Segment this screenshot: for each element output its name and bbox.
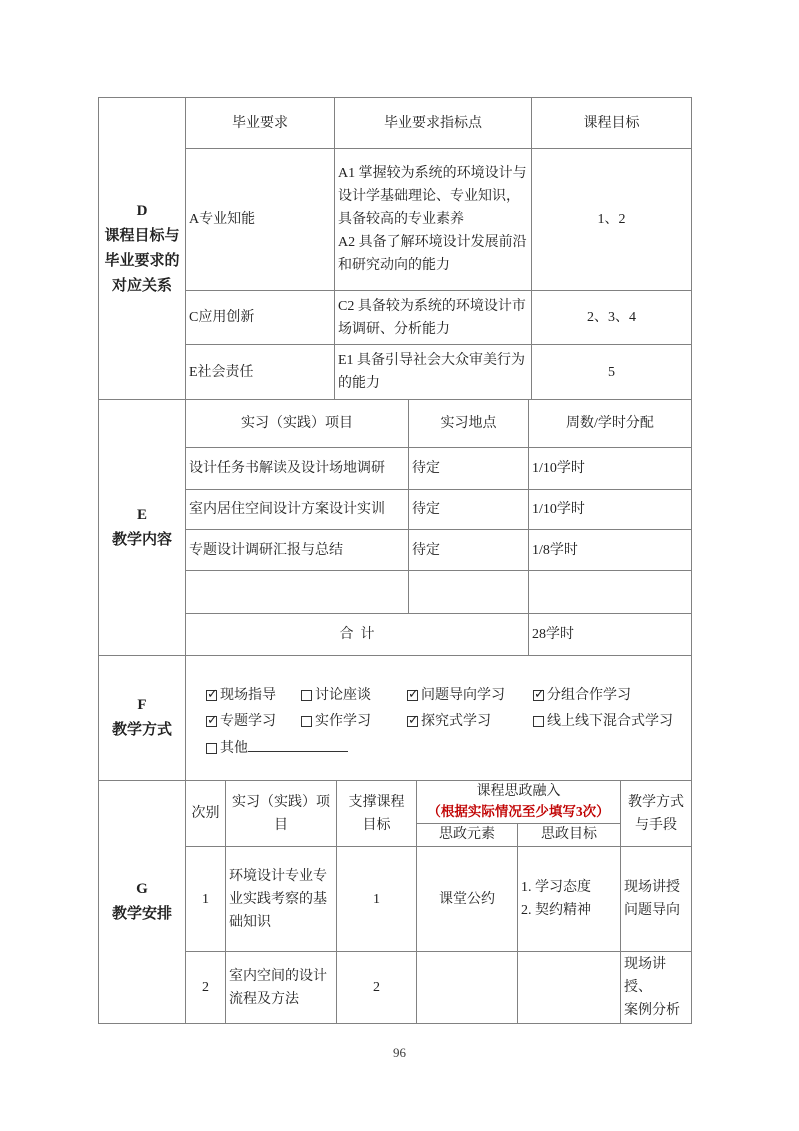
ideology-title: 课程思政融入: [417, 782, 620, 802]
header-course-objective: 课程目标: [532, 98, 692, 149]
checkbox-icon: [407, 716, 418, 727]
table-row: 1 环境设计专业专业实践考察的基础知识 1 课堂公约 1. 学习态度 2. 契约…: [99, 847, 692, 952]
ideology-element-cell: 课堂公约: [417, 847, 518, 952]
session-number-cell: 1: [186, 847, 226, 952]
location-cell: 待定: [409, 448, 529, 490]
objective-cell: 1、2: [532, 149, 692, 291]
project-cell: 环境设计专业专业实践考察的基础知识: [226, 847, 337, 952]
table-row: 专题设计调研汇报与总结 待定 1/8学时: [99, 530, 692, 571]
checkbox-icon: [206, 743, 217, 754]
requirement-cell: E社会责任: [186, 345, 335, 400]
hours-cell: 1/8学时: [529, 530, 692, 571]
header-supported-objective: 支撑课程 目标: [337, 781, 417, 847]
location-cell: 待定: [409, 490, 529, 530]
table-row: 设计任务书解读及设计场地调研 待定 1/10学时: [99, 448, 692, 490]
table-row: 室内居住空间设计方案设计实训 待定 1/10学时: [99, 490, 692, 530]
header-practice-project: 实习（实践）项目: [186, 400, 409, 448]
option-label: 分组合作学习: [547, 688, 631, 703]
section-d-table: D 课程目标与 毕业要求的 对应关系 毕业要求 毕业要求指标点 课程目标 A专业…: [98, 97, 692, 400]
checkbox-icon: [407, 690, 418, 701]
course-syllabus-document: D 课程目标与 毕业要求的 对应关系 毕业要求 毕业要求指标点 课程目标 A专业…: [98, 97, 691, 1024]
checkbox-icon: [206, 690, 217, 701]
requirement-cell: A专业知能: [186, 149, 335, 291]
project-cell: 专题设计调研汇报与总结: [186, 530, 409, 571]
options-grid: 现场指导 讨论座谈 问题导向学习 分组合作学习 专题学习 实作学习 探究式学习 …: [206, 685, 688, 733]
method-option: 专题学习: [206, 711, 301, 733]
location-cell: 待定: [409, 530, 529, 571]
session-number-cell: 2: [186, 952, 226, 1024]
header-teaching-method: 教学方式 与手段: [621, 781, 692, 847]
checkbox-icon: [206, 716, 217, 727]
table-row: 2 室内空间的设计流程及方法 2 现场讲授、 案例分析: [99, 952, 692, 1024]
checkbox-icon: [301, 690, 312, 701]
section-g-header-row: G 教学安排 次别 实习（实践）项目 支撑课程 目标 课程思政融入 （根据实际情…: [99, 781, 692, 824]
method-option: 问题导向学习: [407, 685, 533, 707]
option-label: 实作学习: [315, 714, 371, 729]
objective-cell: 2: [337, 952, 417, 1024]
method-cell: 现场讲授、 案例分析: [621, 952, 692, 1024]
header-practice-location: 实习地点: [409, 400, 529, 448]
blank-underline: [248, 737, 348, 752]
section-e-table: E 教学内容 实习（实践）项目 实习地点 周数/学时分配 设计任务书解读及设计场…: [98, 399, 692, 656]
hours-cell: 1/10学时: [529, 490, 692, 530]
option-label: 探究式学习: [421, 714, 491, 729]
objective-cell: 5: [532, 345, 692, 400]
method-option-other: 其他: [206, 741, 248, 756]
teaching-methods-options: 现场指导 讨论座谈 问题导向学习 分组合作学习 专题学习 实作学习 探究式学习 …: [189, 657, 688, 760]
section-e-header-row: E 教学内容 实习（实践）项目 实习地点 周数/学时分配: [99, 400, 692, 448]
section-f-row: F 教学方式 现场指导 讨论座谈 问题导向学习 分组合作学习 专题学习 实作学习…: [99, 656, 692, 781]
section-e-label: E 教学内容: [99, 400, 186, 656]
section-d-header-row: D 课程目标与 毕业要求的 对应关系 毕业要求 毕业要求指标点 课程目标: [99, 98, 692, 149]
indicator-cell: A1 掌握较为系统的环境设计与设计学基础理论、专业知识，具备较高的专业素养 A2…: [335, 149, 532, 291]
method-option: 现场指导: [206, 685, 301, 707]
ideology-goal-cell: 1. 学习态度 2. 契约精神: [518, 847, 621, 952]
option-label: 问题导向学习: [421, 688, 505, 703]
ideology-goal-cell: [518, 952, 621, 1024]
option-label: 现场指导: [220, 688, 276, 703]
method-option: 实作学习: [301, 711, 407, 733]
requirement-cell: C应用创新: [186, 291, 335, 345]
hours-cell: 1/10学时: [529, 448, 692, 490]
project-cell: [186, 571, 409, 614]
total-row: 合 计 28学时: [99, 614, 692, 656]
ideology-note: （根据实际情况至少填写3次）: [417, 802, 620, 822]
header-weeks-hours: 周数/学时分配: [529, 400, 692, 448]
method-option: 线上线下混合式学习: [533, 711, 688, 733]
table-row: C应用创新 C2 具备较为系统的环境设计市场调研、分析能力 2、3、4: [99, 291, 692, 345]
section-f-label: F 教学方式: [99, 656, 186, 781]
checkbox-icon: [533, 716, 544, 727]
checkbox-icon: [301, 716, 312, 727]
section-f-table: F 教学方式 现场指导 讨论座谈 问题导向学习 分组合作学习 专题学习 实作学习…: [98, 655, 692, 781]
method-option: 探究式学习: [407, 711, 533, 733]
total-label: 合 计: [186, 614, 529, 656]
table-row: E社会责任 E1 具备引导社会大众审美行为的能力 5: [99, 345, 692, 400]
hours-cell: [529, 571, 692, 614]
project-cell: 室内居住空间设计方案设计实训: [186, 490, 409, 530]
project-cell: 室内空间的设计流程及方法: [226, 952, 337, 1024]
option-label: 其他: [220, 741, 248, 756]
indicator-cell: C2 具备较为系统的环境设计市场调研、分析能力: [335, 291, 532, 345]
other-option-line: 其他: [206, 737, 688, 760]
ideology-element-cell: [417, 952, 518, 1024]
method-option: 讨论座谈: [301, 685, 407, 707]
header-session-number: 次别: [186, 781, 226, 847]
indicator-cell: E1 具备引导社会大众审美行为的能力: [335, 345, 532, 400]
total-hours: 28学时: [529, 614, 692, 656]
header-requirement-indicator: 毕业要求指标点: [335, 98, 532, 149]
header-graduation-requirement: 毕业要求: [186, 98, 335, 149]
objective-cell: 2、3、4: [532, 291, 692, 345]
location-cell: [409, 571, 529, 614]
page-number: 96: [0, 1045, 799, 1061]
option-label: 线上线下混合式学习: [547, 714, 673, 729]
header-ideology-integration: 课程思政融入 （根据实际情况至少填写3次）: [417, 781, 621, 824]
section-g-table: G 教学安排 次别 实习（实践）项目 支撑课程 目标 课程思政融入 （根据实际情…: [98, 780, 692, 1024]
header-ideology-element: 思政元素: [417, 824, 518, 847]
header-practice-project: 实习（实践）项目: [226, 781, 337, 847]
teaching-methods-cell: 现场指导 讨论座谈 问题导向学习 分组合作学习 专题学习 实作学习 探究式学习 …: [186, 656, 692, 781]
header-ideology-goal: 思政目标: [518, 824, 621, 847]
method-cell: 现场讲授 问题导向: [621, 847, 692, 952]
method-option: 分组合作学习: [533, 685, 688, 707]
table-row: [99, 571, 692, 614]
table-row: A专业知能 A1 掌握较为系统的环境设计与设计学基础理论、专业知识，具备较高的专…: [99, 149, 692, 291]
objective-cell: 1: [337, 847, 417, 952]
option-label: 专题学习: [220, 714, 276, 729]
checkbox-icon: [533, 690, 544, 701]
project-cell: 设计任务书解读及设计场地调研: [186, 448, 409, 490]
section-d-label: D 课程目标与 毕业要求的 对应关系: [99, 98, 186, 400]
option-label: 讨论座谈: [315, 688, 371, 703]
section-g-label: G 教学安排: [99, 781, 186, 1024]
